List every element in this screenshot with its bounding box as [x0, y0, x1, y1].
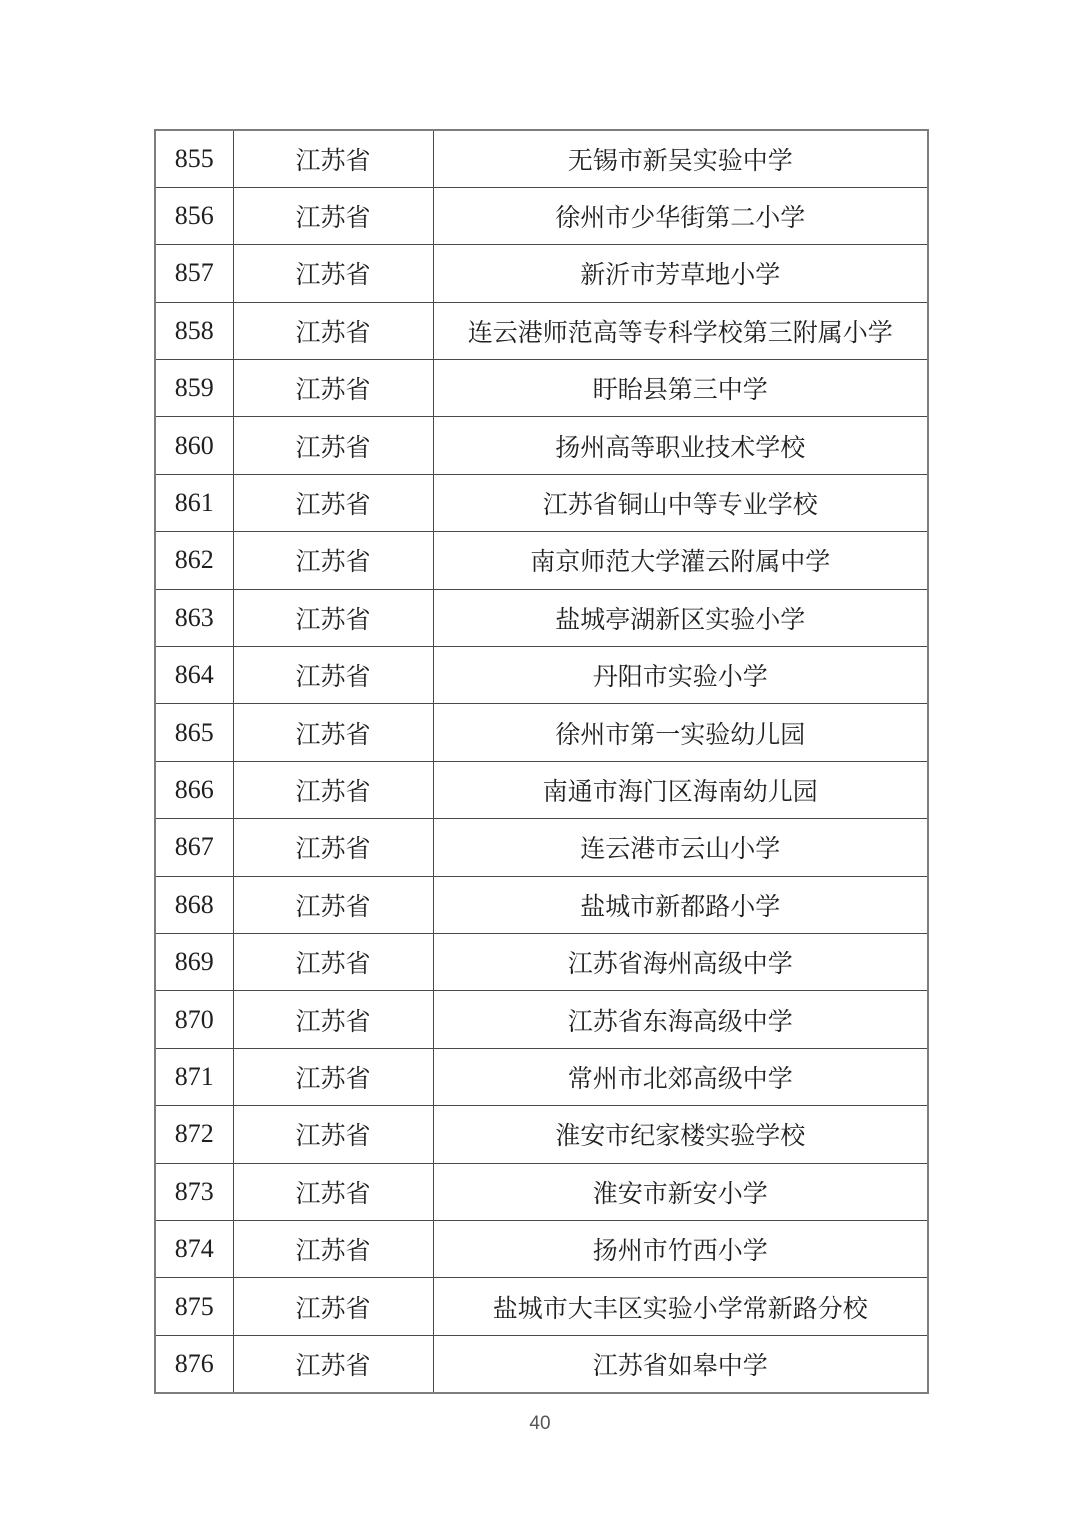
row-index-cell: 859 [155, 360, 233, 417]
table-row: 869 江苏省 江苏省海州高级中学 [155, 933, 928, 990]
row-index-cell: 855 [155, 130, 233, 187]
row-school-cell: 盐城市大丰区实验小学常新路分校 [433, 1278, 928, 1335]
row-index-cell: 870 [155, 991, 233, 1048]
row-school-cell: 徐州市少华街第二小学 [433, 187, 928, 244]
row-province-cell: 江苏省 [233, 187, 433, 244]
row-school-cell: 江苏省如皋中学 [433, 1335, 928, 1392]
table-row: 857 江苏省 新沂市芳草地小学 [155, 245, 928, 302]
table-row: 870 江苏省 江苏省东海高级中学 [155, 991, 928, 1048]
row-school-cell: 盱眙县第三中学 [433, 360, 928, 417]
row-province-cell: 江苏省 [233, 1163, 433, 1220]
row-province-cell: 江苏省 [233, 474, 433, 531]
row-province-cell: 江苏省 [233, 1220, 433, 1277]
row-school-cell: 扬州高等职业技术学校 [433, 417, 928, 474]
table-row: 858 江苏省 连云港师范高等专科学校第三附属小学 [155, 302, 928, 359]
row-school-cell: 连云港市云山小学 [433, 819, 928, 876]
row-school-cell: 淮安市新安小学 [433, 1163, 928, 1220]
row-index-cell: 876 [155, 1335, 233, 1392]
table-row: 873 江苏省 淮安市新安小学 [155, 1163, 928, 1220]
row-province-cell: 江苏省 [233, 360, 433, 417]
row-school-cell: 江苏省海州高级中学 [433, 933, 928, 990]
row-province-cell: 江苏省 [233, 1278, 433, 1335]
row-province-cell: 江苏省 [233, 1335, 433, 1392]
row-province-cell: 江苏省 [233, 933, 433, 990]
row-school-cell: 淮安市纪家楼实验学校 [433, 1106, 928, 1163]
row-school-cell: 扬州市竹西小学 [433, 1220, 928, 1277]
row-index-cell: 857 [155, 245, 233, 302]
page-number: 40 [0, 1413, 1080, 1435]
table-row: 856 江苏省 徐州市少华街第二小学 [155, 187, 928, 244]
row-school-cell: 江苏省东海高级中学 [433, 991, 928, 1048]
row-province-cell: 江苏省 [233, 647, 433, 704]
row-index-cell: 862 [155, 532, 233, 589]
row-province-cell: 江苏省 [233, 245, 433, 302]
row-province-cell: 江苏省 [233, 1048, 433, 1105]
row-index-cell: 866 [155, 761, 233, 818]
row-school-cell: 盐城亭湖新区实验小学 [433, 589, 928, 646]
row-province-cell: 江苏省 [233, 704, 433, 761]
row-index-cell: 863 [155, 589, 233, 646]
row-province-cell: 江苏省 [233, 991, 433, 1048]
table-row: 868 江苏省 盐城市新都路小学 [155, 876, 928, 933]
row-school-cell: 无锡市新吴实验中学 [433, 130, 928, 187]
row-index-cell: 875 [155, 1278, 233, 1335]
row-province-cell: 江苏省 [233, 130, 433, 187]
row-index-cell: 865 [155, 704, 233, 761]
table-row: 865 江苏省 徐州市第一实验幼儿园 [155, 704, 928, 761]
row-school-cell: 常州市北郊高级中学 [433, 1048, 928, 1105]
row-school-cell: 盐城市新都路小学 [433, 876, 928, 933]
row-school-cell: 南京师范大学灌云附属中学 [433, 532, 928, 589]
row-index-cell: 868 [155, 876, 233, 933]
row-index-cell: 873 [155, 1163, 233, 1220]
row-school-cell: 江苏省铜山中等专业学校 [433, 474, 928, 531]
school-list-table: 855 江苏省 无锡市新吴实验中学 856 江苏省 徐州市少华街第二小学 857… [154, 129, 929, 1394]
row-province-cell: 江苏省 [233, 302, 433, 359]
school-table-body: 855 江苏省 无锡市新吴实验中学 856 江苏省 徐州市少华街第二小学 857… [155, 130, 928, 1393]
row-province-cell: 江苏省 [233, 532, 433, 589]
table-row: 874 江苏省 扬州市竹西小学 [155, 1220, 928, 1277]
row-school-cell: 新沂市芳草地小学 [433, 245, 928, 302]
table-row: 861 江苏省 江苏省铜山中等专业学校 [155, 474, 928, 531]
table-row: 866 江苏省 南通市海门区海南幼儿园 [155, 761, 928, 818]
row-index-cell: 861 [155, 474, 233, 531]
row-index-cell: 858 [155, 302, 233, 359]
table-row: 864 江苏省 丹阳市实验小学 [155, 647, 928, 704]
row-province-cell: 江苏省 [233, 876, 433, 933]
row-province-cell: 江苏省 [233, 417, 433, 474]
row-index-cell: 856 [155, 187, 233, 244]
row-index-cell: 867 [155, 819, 233, 876]
row-index-cell: 872 [155, 1106, 233, 1163]
table-row: 871 江苏省 常州市北郊高级中学 [155, 1048, 928, 1105]
row-index-cell: 860 [155, 417, 233, 474]
table-row: 860 江苏省 扬州高等职业技术学校 [155, 417, 928, 474]
row-school-cell: 南通市海门区海南幼儿园 [433, 761, 928, 818]
row-province-cell: 江苏省 [233, 1106, 433, 1163]
table-row: 875 江苏省 盐城市大丰区实验小学常新路分校 [155, 1278, 928, 1335]
row-province-cell: 江苏省 [233, 819, 433, 876]
row-province-cell: 江苏省 [233, 761, 433, 818]
table-row: 867 江苏省 连云港市云山小学 [155, 819, 928, 876]
row-school-cell: 连云港师范高等专科学校第三附属小学 [433, 302, 928, 359]
table-row: 862 江苏省 南京师范大学灌云附属中学 [155, 532, 928, 589]
row-index-cell: 871 [155, 1048, 233, 1105]
table-row: 859 江苏省 盱眙县第三中学 [155, 360, 928, 417]
table-row: 872 江苏省 淮安市纪家楼实验学校 [155, 1106, 928, 1163]
row-school-cell: 丹阳市实验小学 [433, 647, 928, 704]
table-row: 876 江苏省 江苏省如皋中学 [155, 1335, 928, 1392]
row-school-cell: 徐州市第一实验幼儿园 [433, 704, 928, 761]
document-page: 855 江苏省 无锡市新吴实验中学 856 江苏省 徐州市少华街第二小学 857… [0, 0, 1080, 1527]
row-index-cell: 864 [155, 647, 233, 704]
row-index-cell: 869 [155, 933, 233, 990]
row-province-cell: 江苏省 [233, 589, 433, 646]
table-row: 863 江苏省 盐城亭湖新区实验小学 [155, 589, 928, 646]
row-index-cell: 874 [155, 1220, 233, 1277]
table-row: 855 江苏省 无锡市新吴实验中学 [155, 130, 928, 187]
